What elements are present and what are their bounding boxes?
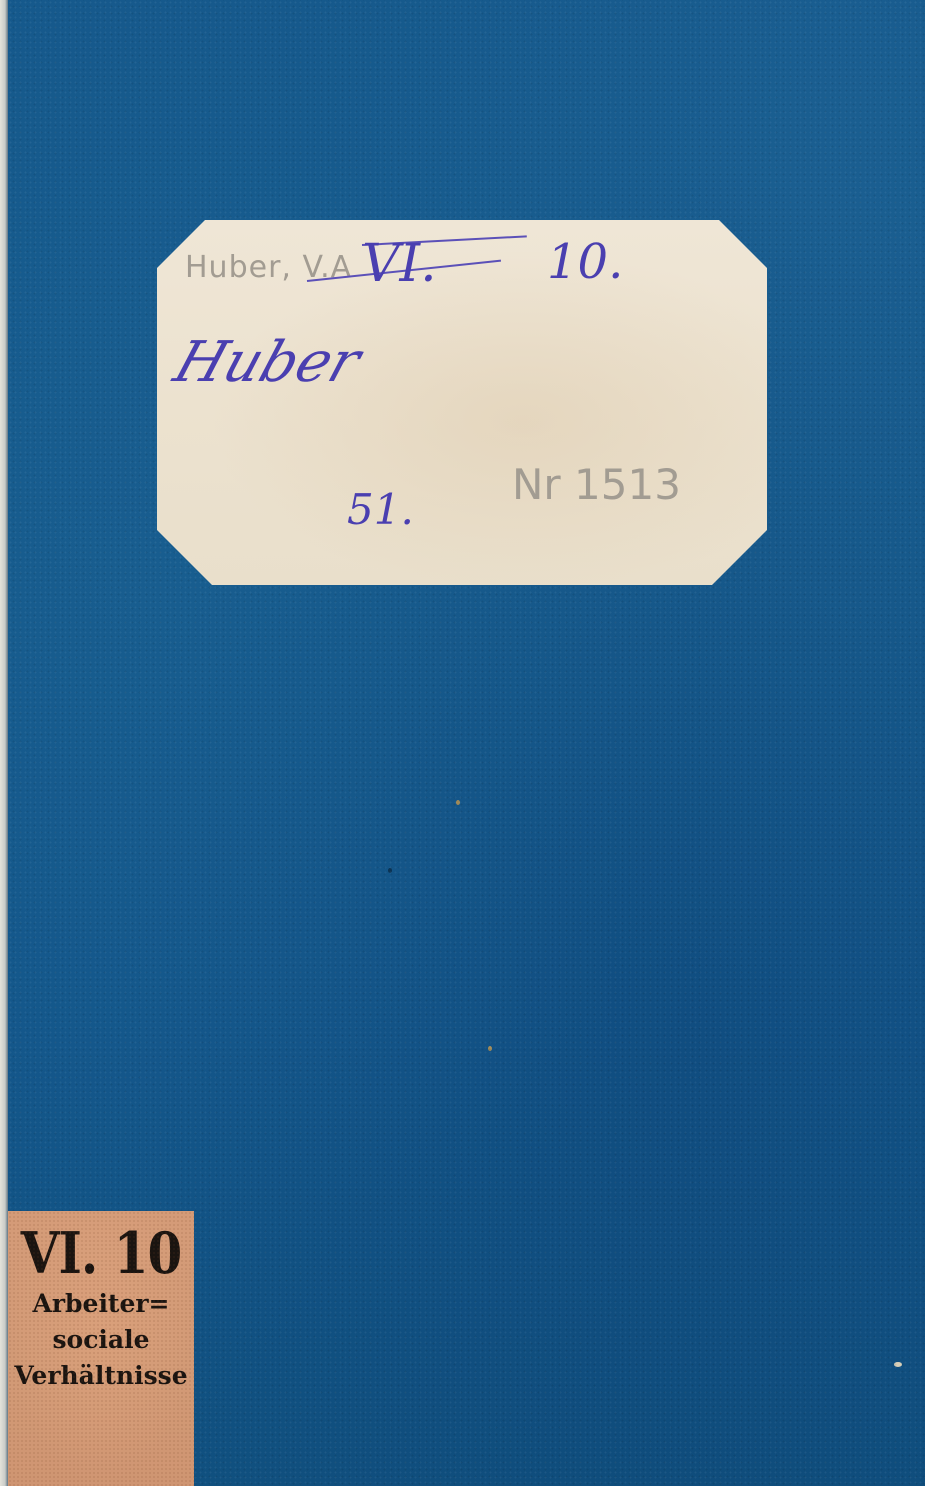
paper-speck	[388, 868, 392, 873]
spine-subject-line-2: sociale	[8, 1327, 194, 1352]
title-label: Huber, V.A VI. 10. Huber 51. Nr 1513	[157, 220, 767, 585]
count-note: 51.	[347, 485, 414, 534]
author-signature: Huber	[166, 330, 368, 395]
book-cover-scan: Huber, V.A VI. 10. Huber 51. Nr 1513 VI.…	[0, 0, 925, 1486]
inventory-number: Nr 1513	[512, 460, 681, 509]
shelf-mark-roman: VI.	[362, 234, 437, 294]
spine-subject-line-1: Arbeiter=	[8, 1291, 194, 1316]
paper-speck	[894, 1362, 902, 1367]
spine-shelf-mark: VI. 10	[8, 1219, 194, 1287]
paper-speck	[456, 800, 460, 805]
spine-label: VI. 10 Arbeiter= sociale Verhältnisse	[8, 1211, 194, 1486]
spine-subject-line-3: Verhältnisse	[8, 1363, 194, 1388]
shelf-mark-number: 10.	[547, 234, 623, 290]
paper-speck	[488, 1046, 492, 1051]
